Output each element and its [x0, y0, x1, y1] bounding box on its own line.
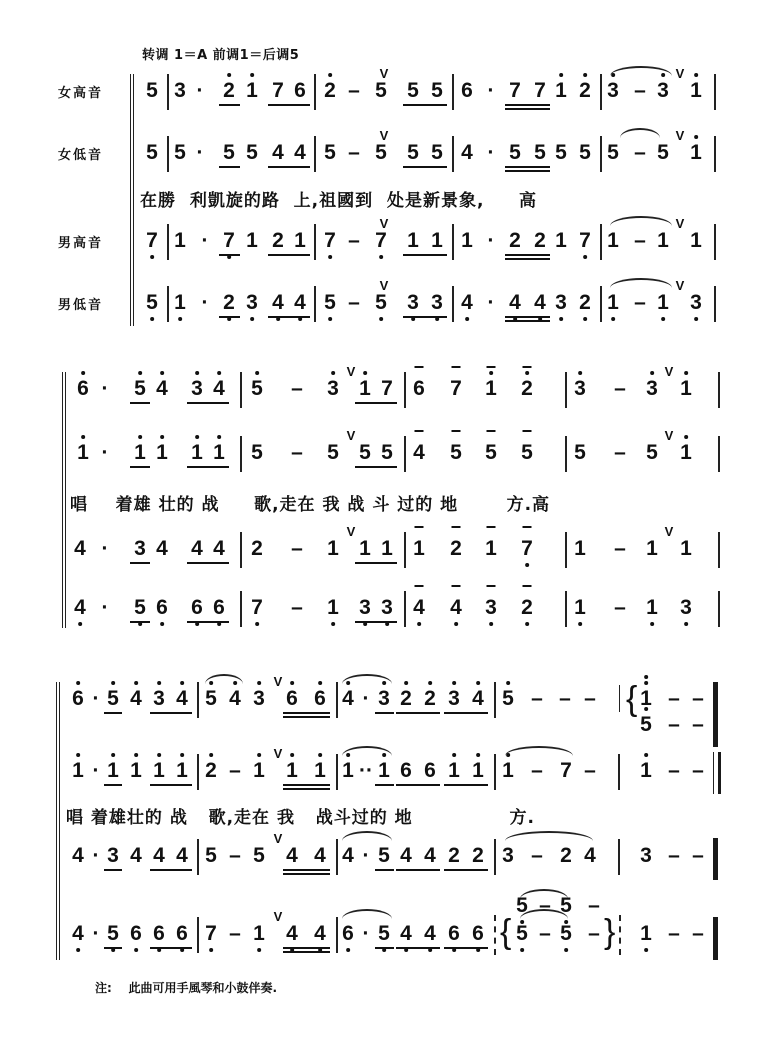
note: 6 — [342, 923, 354, 944]
key-signature: 转调 1＝A 前调1＝后调5 — [142, 44, 299, 63]
note: 5 — [516, 923, 528, 944]
slur — [610, 278, 672, 288]
octave-down-dot — [583, 255, 587, 259]
note: 5 — [509, 142, 521, 163]
breath-mark: V — [380, 216, 389, 231]
breath-mark: V — [347, 524, 356, 539]
note: 5 — [502, 688, 514, 709]
octave-down-dot — [209, 948, 213, 952]
note: · — [93, 845, 100, 866]
eighth-underline — [104, 869, 122, 871]
eighth-underline — [150, 947, 192, 949]
breath-mark: V — [380, 66, 389, 81]
note: 5 — [485, 442, 497, 463]
note: · — [363, 845, 370, 866]
brace-left: { — [626, 682, 637, 716]
barline — [600, 74, 602, 110]
note: 3 — [448, 688, 460, 709]
eighth-underline — [150, 869, 192, 871]
note: 4 — [314, 845, 326, 866]
eighth-underline — [130, 621, 150, 623]
note: 1 — [314, 760, 326, 781]
octave-up-dot — [684, 371, 688, 375]
barline — [197, 754, 199, 790]
dash: – — [584, 760, 596, 781]
note: 5 — [205, 845, 217, 866]
note: 7 — [272, 80, 284, 101]
dash: – — [291, 442, 303, 463]
note: 5 — [534, 142, 546, 163]
barline — [404, 532, 406, 568]
note: 2 — [223, 292, 235, 313]
dash: – — [692, 845, 704, 866]
note: 4 — [400, 845, 412, 866]
note: 2 — [272, 230, 284, 251]
eighth-underline — [396, 712, 440, 714]
octave-up-dot — [650, 371, 654, 375]
octave-down-dot — [255, 622, 259, 626]
dash: – — [634, 142, 646, 163]
octave-down-dot — [465, 317, 469, 321]
note: 2 — [509, 230, 521, 251]
slur — [205, 674, 243, 684]
octave-up-dot — [644, 681, 648, 685]
octave-down-dot — [520, 920, 524, 924]
sixteenth-underline — [283, 951, 330, 953]
eighth-underline — [104, 712, 122, 714]
note: 1 — [485, 538, 497, 559]
note: 2 — [400, 688, 412, 709]
barline — [167, 136, 169, 172]
octave-up-dot — [160, 435, 164, 439]
eighth-underline — [130, 562, 150, 564]
note: 1 — [327, 538, 339, 559]
barline — [197, 917, 199, 953]
note: 2 — [472, 845, 484, 866]
note: 4 — [314, 923, 326, 944]
note: 7 — [521, 538, 533, 559]
dash: – — [634, 292, 646, 313]
note: 1 — [690, 142, 702, 163]
note: 5 — [375, 80, 387, 101]
octave-up-dot — [318, 681, 322, 685]
tenuto-mark — [415, 526, 424, 528]
eighth-underline — [104, 947, 122, 949]
note: · — [93, 923, 100, 944]
breath-mark: V — [347, 364, 356, 379]
octave-up-dot — [227, 73, 231, 77]
slur — [342, 909, 392, 919]
octave-up-dot — [694, 135, 698, 139]
eighth-underline — [219, 254, 240, 256]
tenuto-mark — [487, 526, 496, 528]
barline — [494, 682, 496, 718]
note: · — [93, 688, 100, 709]
octave-up-dot — [684, 435, 688, 439]
note: 5 — [407, 142, 419, 163]
note: 3 — [680, 597, 692, 618]
note: 5 — [657, 142, 669, 163]
note: 1 — [502, 760, 514, 781]
octave-down-dot — [250, 317, 254, 321]
note: · — [363, 688, 370, 709]
octave-down-dot — [150, 317, 154, 321]
barline — [314, 286, 316, 322]
dash: – — [668, 714, 680, 735]
octave-down-dot — [328, 317, 332, 321]
dash: – — [531, 760, 543, 781]
dash: – — [692, 923, 704, 944]
note: 2 — [579, 292, 591, 313]
tenuto-mark — [452, 366, 461, 368]
note: 3 — [134, 538, 146, 559]
note: 1 — [657, 292, 669, 313]
octave-up-dot — [476, 753, 480, 757]
octave-up-dot — [180, 753, 184, 757]
slur — [505, 746, 573, 756]
note: 6 — [400, 760, 412, 781]
octave-up-dot — [644, 753, 648, 757]
dash: – — [348, 230, 360, 251]
barline — [167, 286, 169, 322]
dash: – — [692, 714, 704, 735]
slur — [505, 831, 593, 841]
barline — [565, 532, 567, 568]
note: 1 — [77, 442, 89, 463]
note: 1 — [246, 230, 258, 251]
dash: – — [291, 597, 303, 618]
eighth-underline — [375, 712, 394, 714]
slur — [342, 831, 392, 841]
note: 7 — [146, 230, 158, 251]
note: 1 — [574, 597, 586, 618]
octave-up-dot — [452, 681, 456, 685]
note: 5 — [134, 597, 146, 618]
note: 3 — [485, 597, 497, 618]
tenuto-mark — [452, 430, 461, 432]
octave-down-dot — [564, 920, 568, 924]
dash: – — [614, 597, 626, 618]
barline — [314, 136, 316, 172]
octave-up-dot — [134, 681, 138, 685]
octave-down-dot — [650, 622, 654, 626]
note: 1 — [134, 442, 146, 463]
note: 6 — [472, 923, 484, 944]
octave-up-dot — [76, 681, 80, 685]
note: 2 — [324, 80, 336, 101]
breath-mark: V — [347, 428, 356, 443]
final-barline — [718, 752, 721, 794]
barline-dashed — [619, 915, 621, 955]
note: ·· — [359, 760, 373, 781]
note: 5 — [251, 378, 263, 399]
brace-left: { — [500, 915, 511, 949]
octave-down-dot — [454, 622, 458, 626]
octave-up-dot — [111, 681, 115, 685]
note: 1 — [680, 442, 692, 463]
note: 4 — [534, 292, 546, 313]
eighth-underline — [283, 784, 330, 786]
note: 3 — [640, 845, 652, 866]
note: 3 — [359, 597, 371, 618]
octave-up-dot — [157, 753, 161, 757]
barline — [600, 224, 602, 260]
note: 1 — [253, 923, 265, 944]
tenuto-mark — [452, 526, 461, 528]
footnote-label: 注: — [95, 981, 112, 995]
note: 1 — [213, 442, 225, 463]
barline — [452, 136, 454, 172]
note: 4 — [72, 845, 84, 866]
octave-up-dot — [644, 675, 648, 679]
note: 2 — [223, 80, 235, 101]
sixteenth-underline — [283, 716, 330, 718]
note: 4 — [286, 845, 298, 866]
note: 5 — [521, 442, 533, 463]
octave-down-dot — [611, 317, 615, 321]
note: 5 — [107, 688, 119, 709]
breath-mark: V — [274, 674, 283, 689]
note: 4 — [176, 845, 188, 866]
tenuto-mark — [415, 585, 424, 587]
octave-down-dot — [525, 563, 529, 567]
note: 1 — [174, 230, 186, 251]
tenuto-mark — [415, 366, 424, 368]
note: 4 — [229, 688, 241, 709]
eighth-underline — [130, 402, 150, 404]
eighth-underline — [355, 402, 397, 404]
eighth-underline — [403, 166, 447, 168]
octave-down-dot — [661, 317, 665, 321]
octave-up-dot — [583, 73, 587, 77]
note: 4 — [424, 923, 436, 944]
note: 5 — [324, 142, 336, 163]
note: 1 — [130, 760, 142, 781]
score-page: 转调 1＝A 前调1＝后调5 女高音 女低音 男高音 男低音 在勝 利凱旋的路 … — [0, 0, 779, 1057]
octave-down-dot — [564, 948, 568, 952]
part-label-bass: 男低音 — [58, 294, 103, 313]
eighth-underline — [130, 466, 150, 468]
octave-down-dot — [578, 622, 582, 626]
note: 5 — [223, 142, 235, 163]
barline — [167, 74, 169, 110]
eighth-underline — [283, 869, 330, 871]
barline — [718, 372, 720, 408]
note: 4 — [294, 142, 306, 163]
eighth-underline — [150, 712, 192, 714]
octave-down-dot — [150, 255, 154, 259]
breath-mark: V — [380, 128, 389, 143]
dash: – — [614, 538, 626, 559]
breath-mark: V — [380, 278, 389, 293]
note: 1 — [485, 378, 497, 399]
note: 7 — [534, 80, 546, 101]
note: 1 — [657, 230, 669, 251]
note: 4 — [153, 845, 165, 866]
barline — [452, 286, 454, 322]
barline — [494, 754, 496, 790]
octave-up-dot — [363, 371, 367, 375]
note: 2 — [251, 538, 263, 559]
tenuto-mark — [487, 366, 496, 368]
barline — [618, 754, 620, 790]
note: 4 — [509, 292, 521, 313]
octave-up-dot — [160, 371, 164, 375]
note: 1 — [407, 230, 419, 251]
tenuto-mark — [487, 430, 496, 432]
note: 1 — [680, 378, 692, 399]
note: 1 — [646, 597, 658, 618]
octave-up-dot — [81, 371, 85, 375]
final-barline-thin — [713, 752, 714, 794]
note: 2 — [424, 688, 436, 709]
note: 1 — [431, 230, 443, 251]
note: 1 — [680, 538, 692, 559]
note: 7 — [579, 230, 591, 251]
octave-down-dot — [160, 622, 164, 626]
eighth-underline — [505, 254, 550, 256]
breath-mark: V — [676, 66, 685, 81]
note: 1 — [342, 760, 354, 781]
note: 3 — [431, 292, 443, 313]
note: 4 — [156, 378, 168, 399]
dash: – — [692, 688, 704, 709]
octave-up-dot — [331, 371, 335, 375]
note: · — [202, 292, 209, 313]
barline — [718, 591, 720, 627]
dash: – — [348, 292, 360, 313]
octave-down-dot — [525, 622, 529, 626]
note: 3 — [191, 378, 203, 399]
part-label-soprano: 女高音 — [58, 82, 103, 101]
octave-up-dot — [525, 371, 529, 375]
dash: – — [634, 80, 646, 101]
breath-mark: V — [676, 128, 685, 143]
note: 1 — [690, 230, 702, 251]
octave-up-dot — [180, 681, 184, 685]
eighth-underline — [187, 621, 229, 623]
dash: – — [668, 760, 680, 781]
note: 4 — [461, 142, 473, 163]
note: 5 — [450, 442, 462, 463]
note: 5 — [378, 923, 390, 944]
note: 5 — [327, 442, 339, 463]
note: 5 — [381, 442, 393, 463]
barline — [336, 754, 338, 790]
octave-down-dot — [694, 317, 698, 321]
note: 4 — [130, 688, 142, 709]
octave-down-dot — [489, 622, 493, 626]
octave-up-dot — [290, 681, 294, 685]
note: 4 — [413, 597, 425, 618]
note: 5 — [146, 142, 158, 163]
system-bracket-3 — [56, 682, 60, 960]
barline — [565, 372, 567, 408]
note: 1 — [359, 538, 371, 559]
note: 1 — [253, 760, 265, 781]
note: 5 — [431, 142, 443, 163]
eighth-underline — [396, 869, 440, 871]
breath-mark: V — [274, 746, 283, 761]
note: 4 — [191, 538, 203, 559]
note: 3 — [407, 292, 419, 313]
note: 5 — [146, 80, 158, 101]
octave-up-dot — [644, 707, 648, 711]
dash: – — [614, 442, 626, 463]
breath-mark: V — [274, 909, 283, 924]
note: 2 — [534, 230, 546, 251]
note: 5 — [174, 142, 186, 163]
note: 3 — [657, 80, 669, 101]
eighth-underline — [444, 784, 488, 786]
octave-up-dot — [290, 753, 294, 757]
part-label-tenor: 男高音 — [58, 232, 103, 251]
tenuto-mark — [523, 430, 532, 432]
final-barline — [713, 838, 718, 880]
note: 7 — [381, 378, 393, 399]
system-bracket-1 — [130, 74, 134, 326]
eighth-underline — [355, 466, 397, 468]
note: 7 — [450, 378, 462, 399]
note: 4 — [74, 538, 86, 559]
note: 4 — [424, 845, 436, 866]
note: 1 — [646, 538, 658, 559]
barline — [404, 372, 406, 408]
octave-up-dot — [217, 435, 221, 439]
note: 5 — [431, 80, 443, 101]
final-barline — [713, 682, 718, 747]
dash: – — [588, 895, 600, 916]
note: 1 — [381, 538, 393, 559]
note: 4 — [472, 688, 484, 709]
note: 2 — [521, 378, 533, 399]
eighth-underline — [403, 254, 447, 256]
note: 6 — [424, 760, 436, 781]
note: 1 — [286, 760, 298, 781]
octave-down-dot — [379, 255, 383, 259]
note: 6 — [461, 80, 473, 101]
note: 6 — [213, 597, 225, 618]
tenuto-mark — [452, 585, 461, 587]
note: 1 — [294, 230, 306, 251]
note: 3 — [327, 378, 339, 399]
barline — [314, 224, 316, 260]
note: 1 — [640, 688, 652, 709]
note: 1 — [156, 442, 168, 463]
note: 1 — [327, 597, 339, 618]
barline — [336, 682, 338, 718]
breath-mark: V — [676, 216, 685, 231]
octave-up-dot — [257, 753, 261, 757]
eighth-underline — [187, 562, 229, 564]
note: · — [488, 292, 495, 313]
note: 6 — [77, 378, 89, 399]
note: 1 — [72, 760, 84, 781]
octave-up-dot — [559, 73, 563, 77]
eighth-underline — [505, 316, 550, 318]
sixteenth-underline — [283, 873, 330, 875]
octave-down-dot — [520, 948, 524, 952]
octave-up-dot — [209, 753, 213, 757]
lyrics-line-3: 唱 着雄壮的 战 歌,走在 我 战斗过的 地 方. — [66, 803, 535, 828]
barline — [718, 532, 720, 568]
note: 6 — [413, 378, 425, 399]
barline — [494, 839, 496, 875]
eighth-underline — [219, 316, 240, 318]
tenuto-mark — [523, 526, 532, 528]
note: 3 — [555, 292, 567, 313]
note: 2 — [521, 597, 533, 618]
